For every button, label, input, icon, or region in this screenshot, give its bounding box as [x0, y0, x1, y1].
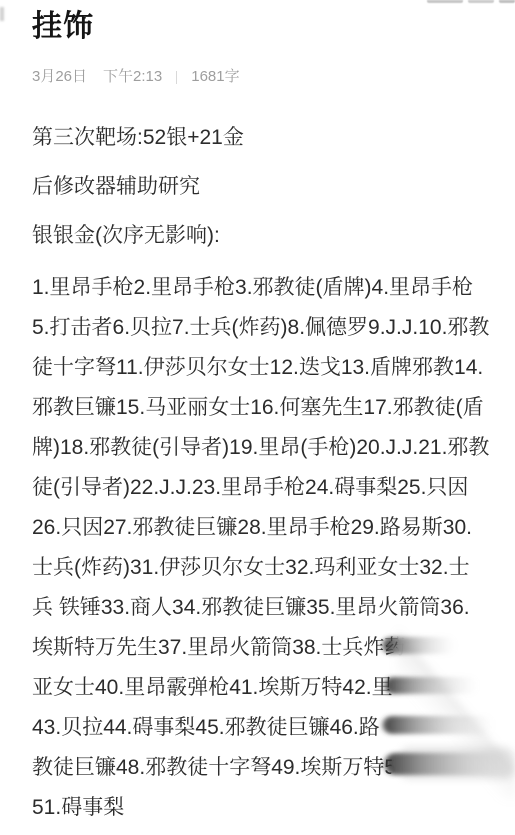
note-word-count: 1681字 — [191, 68, 239, 86]
note-text-line: 5.打击者6.贝拉7.士兵(炸药)8.佩德罗9.J.J.10.邪教 — [32, 308, 483, 348]
note-text-line: 邪教巨镰15.马亚丽女士16.何塞先生17.邪教徒(盾 — [32, 388, 483, 428]
meta-divider — [176, 71, 177, 84]
note-list-block: 1.里昂手枪2.里昂手枪3.邪教徒(盾牌)4.里昂手枪 5.打击者6.贝拉7.士… — [32, 268, 483, 828]
note-page: 挂饰 3月26日 下午2:13 1681字 第三次靶场:52银+21金 后修改器… — [0, 0, 515, 835]
note-text-line: 教徒巨镰48.邪教徒十字弩49.埃斯万特5 — [32, 748, 483, 788]
note-date: 3月26日 — [32, 68, 87, 86]
note-text-line: 51.碍事梨 — [32, 788, 483, 828]
note-paragraph: 后修改器辅助研究 — [32, 167, 483, 207]
note-paragraph: 银银金(次序无影响): — [32, 216, 483, 256]
note-text-line: 26.只因27.邪教徒巨镰28.里昂手枪29.路易斯30. — [32, 508, 483, 548]
note-text-line: 兵 铁锤33.商人34.邪教徒巨镰35.里昂火箭筒36. — [32, 588, 483, 628]
note-text-line: 徒十字弩11.伊莎贝尔女士12.迭戈13.盾牌邪教14. — [32, 348, 483, 388]
note-text-line: 埃斯特万先生37.里昂火箭筒38.士兵炸药 — [32, 628, 483, 668]
note-paragraph: 第三次靶场:52银+21金 — [32, 118, 483, 158]
note-body-editor[interactable]: 第三次靶场:52银+21金 后修改器辅助研究 银银金(次序无影响): 1.里昂手… — [32, 118, 483, 828]
note-text-line: 徒(引导者)22.J.J.23.里昂手枪24.碍事梨25.只因 — [32, 468, 483, 508]
note-text-line: 士兵(炸药)31.伊莎贝尔女士32.玛利亚女士32.士 — [32, 548, 483, 588]
note-text-line: 亚女士40.里昂霰弹枪41.埃斯万特42.里 — [32, 668, 483, 708]
note-time: 下午2:13 — [103, 68, 162, 86]
note-text-line: 43.贝拉44.碍事梨45.邪教徒巨镰46.路 — [32, 708, 483, 748]
note-meta: 3月26日 下午2:13 1681字 — [32, 68, 483, 86]
note-text-line: 1.里昂手枪2.里昂手枪3.邪教徒(盾牌)4.里昂手枪 — [32, 268, 483, 308]
note-text-line: 牌)18.邪教徒(引导者)19.里昂(手枪)20.J.J.21.邪教 — [32, 428, 483, 468]
note-title[interactable]: 挂饰 — [32, 8, 483, 46]
